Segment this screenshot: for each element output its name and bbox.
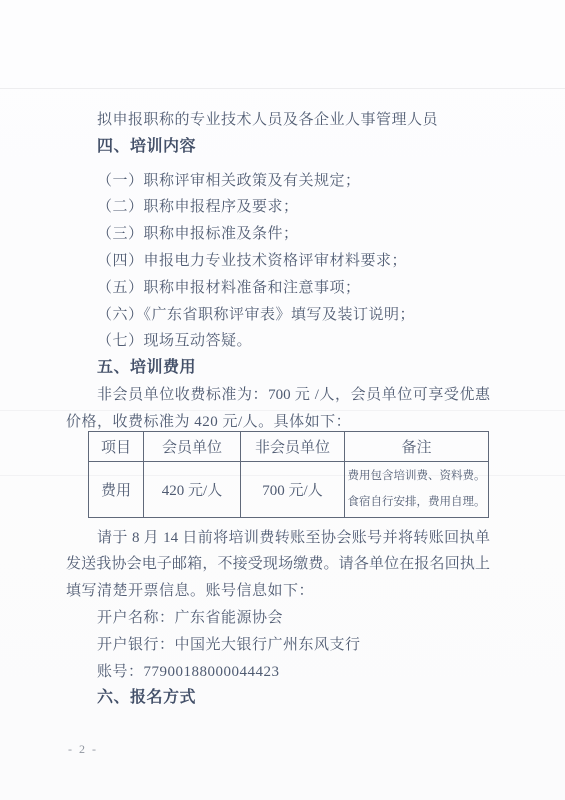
- training-content-item-2: （二）职称申报程序及要求；: [66, 194, 490, 221]
- training-content-item-3: （三）职称申报标准及条件；: [66, 221, 490, 248]
- fee-table-cell-item: 费用: [89, 461, 144, 517]
- fee-table: 项目 会员单位 非会员单位 备注 费用 420 元/人 700 元/人 费用包含…: [88, 431, 489, 518]
- fee-paragraph-line-1: 非会员单位收费标准为：700 元 /人，会员单位可享受优惠: [66, 382, 490, 409]
- payment-paragraph-line-2: 发送我协会电子邮箱，不接受现场缴费。请各单位在报名回执上: [66, 551, 490, 578]
- fee-table-header-row: 项目 会员单位 非会员单位 备注: [89, 431, 489, 461]
- payment-paragraph-line-1: 请于 8 月 14 日前将培训费转账至协会账号并将转账回执单: [66, 525, 490, 552]
- training-content-item-4: （四）申报电力专业技术资格评审材料要求；: [66, 248, 490, 275]
- section-5-heading: 五、培训费用: [66, 355, 490, 382]
- section-6-heading: 六、报名方式: [66, 685, 490, 712]
- training-content-item-1: （一）职称评审相关政策及有关规定；: [66, 168, 490, 195]
- section-4-heading: 四、培训内容: [66, 134, 490, 161]
- bank-name-line: 开户银行：中国光大银行广州东风支行: [66, 632, 490, 659]
- fee-table-header-member: 会员单位: [144, 431, 241, 461]
- scan-artifact-line: [0, 88, 565, 89]
- fee-table-data-row: 费用 420 元/人 700 元/人 费用包含培训费、资料费。 食宿自行安排，费…: [89, 461, 489, 517]
- document-page: 拟申报职称的专业技术人员及各企业人事管理人员 四、培训内容 （一）职称评审相关政…: [0, 0, 565, 800]
- fee-table-cell-remark: 费用包含培训费、资料费。 食宿自行安排，费用自理。: [345, 461, 489, 517]
- remark-line-2: 食宿自行安排，费用自理。: [345, 489, 488, 515]
- account-number-line: 账号：77900188000044423: [66, 659, 490, 686]
- payment-paragraph-line-3: 填写清楚开票信息。账号信息如下：: [66, 578, 490, 605]
- page-number: - 2 -: [68, 742, 98, 757]
- fee-table-cell-member-price: 420 元/人: [144, 461, 241, 517]
- account-name-line: 开户名称：广东省能源协会: [66, 605, 490, 632]
- fee-table-header-item: 项目: [89, 431, 144, 461]
- training-content-item-5: （五）职称申报材料准备和注意事项；: [66, 275, 490, 302]
- training-content-item-7: （七）现场互动答疑。: [66, 328, 490, 355]
- document-content: 拟申报职称的专业技术人员及各企业人事管理人员 四、培训内容 （一）职称评审相关政…: [66, 107, 490, 712]
- fee-table-header-nonmember: 非会员单位: [241, 431, 345, 461]
- audience-line: 拟申报职称的专业技术人员及各企业人事管理人员: [66, 107, 490, 134]
- remark-line-1: 费用包含培训费、资料费。: [345, 463, 488, 489]
- fee-table-cell-nonmember-price: 700 元/人: [241, 461, 345, 517]
- training-content-item-6: （六）《广东省职称评审表》填写及装订说明；: [66, 302, 490, 329]
- training-content-list: （一）职称评审相关政策及有关规定； （二）职称申报程序及要求； （三）职称申报标…: [66, 168, 490, 356]
- fee-table-header-remark: 备注: [345, 431, 489, 461]
